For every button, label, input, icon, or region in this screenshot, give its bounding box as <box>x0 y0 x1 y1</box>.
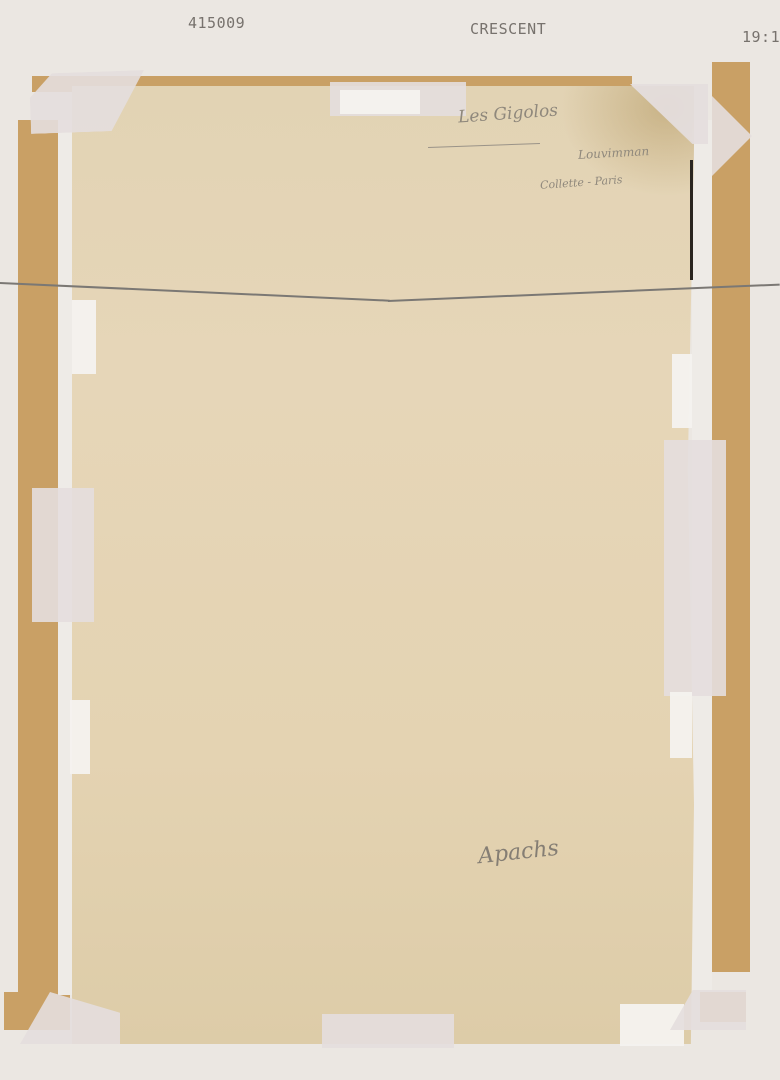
paper-edge-shadow <box>690 160 693 280</box>
date-stamp: 19:1 <box>742 28 780 46</box>
crescent-stamp: CRESCENT <box>470 20 546 38</box>
tape-right-small-1 <box>672 354 692 428</box>
tape-left-small-1 <box>72 300 96 374</box>
tape-left-small-2 <box>70 700 90 774</box>
tape-right-small-2 <box>670 692 692 758</box>
artwork-paper-back <box>72 86 694 1044</box>
tape-top-center-inner <box>340 90 420 114</box>
tape-right-large <box>664 440 726 696</box>
inventory-number-stamp: 415009 <box>188 14 245 32</box>
tape-bottom-center <box>322 1014 454 1048</box>
tape-left-large <box>32 488 94 622</box>
